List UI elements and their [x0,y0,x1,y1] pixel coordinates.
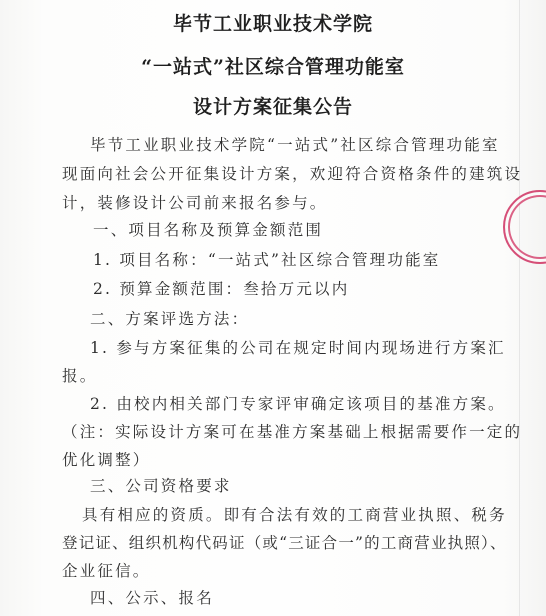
section-1-item-1: 1. 项目名称：“一站式”社区综合管理功能室 [93,250,440,270]
intro-line-3: 计，装修设计公司前来报名参与。 [62,193,328,213]
section-2-line-3: 2. 由校内相关部门专家评审确定该项目的基准方案。 [90,394,506,414]
section-1-item-2: 2. 预算金额范围：叁拾万元以内 [93,279,349,299]
section-1-heading: 一、项目名称及预算金额范围 [93,220,323,240]
document-page: 毕节工业职业技术学院 “一站式”社区综合管理功能室 设计方案征集公告 毕节工业职… [0,0,546,616]
section-2-note-1: （注：实际设计方案可在基准方案基础上根据需要作一定的 [62,422,522,442]
title-notice: 设计方案征集公告 [0,92,546,119]
section-3-line-2: 登记证、组织机构代码证（或“三证合一”的工商营业执照）、 [62,533,507,553]
section-2-line-2: 报。 [62,366,97,386]
section-4-heading: 四、公示、报名 [90,588,214,608]
title-project: “一站式”社区综合管理功能室 [0,52,546,79]
section-2-note-2: 优化调整） [62,450,151,470]
section-3-line-1: 具有相应的资质。即有合法有效的工商营业执照、税务 [82,505,507,525]
section-2-line-1: 1. 参与方案征集的公司在规定时间内现场进行方案汇 [90,338,506,358]
intro-line-2: 现面向社会公开征集设计方案，欢迎符合资格条件的建筑设 [62,164,522,184]
official-seal-stamp [503,190,546,264]
section-3-heading: 三、公司资格要求 [90,476,232,496]
section-2-heading: 二、方案评选方法： [90,309,249,329]
title-institution: 毕节工业职业技术学院 [0,9,546,36]
section-3-line-3: 企业征信。 [62,561,151,581]
intro-line-1: 毕节工业职业技术学院“一站式”社区综合管理功能室 [90,135,500,155]
